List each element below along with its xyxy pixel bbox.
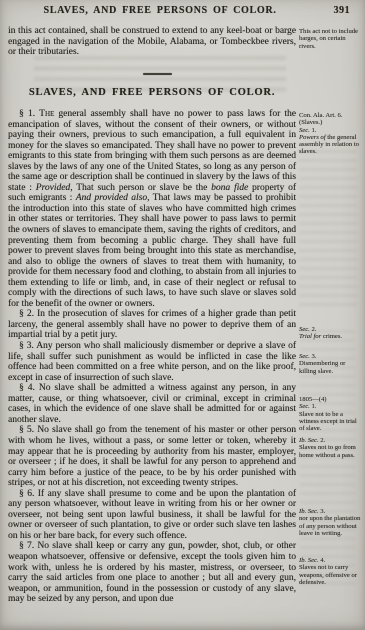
section-divider-rule [143,73,172,75]
book-page: SLAVES, AND FREE PERSONS OF COLOR. 391 i… [0,0,365,630]
intro-paragraph: in this act contained, shall be construe… [8,26,296,58]
margin-note-4: Sec. 3.Dismembering or killing slave. [299,353,361,375]
statute-paragraph-1: § 1. The general assembly shall have no … [8,109,296,309]
margin-note-2: Con. Ala. Art. 6. (Slaves.)Sec. 1.Powers… [299,112,361,156]
statute-body: § 1. The general assembly shall have no … [8,109,296,605]
section-heading: SLAVES, AND FREE PERSONS OF COLOR. [8,87,296,98]
running-header-title: SLAVES, AND FREE PERSONS OF COLOR. [10,5,310,16]
page-number: 391 [334,5,351,16]
statute-paragraph-6: § 6. If any slave shall presume to come … [8,489,296,542]
statute-paragraph-5: § 5. No slave shall go from the tenement… [8,425,296,488]
statute-paragraph-4: § 4. No slave shall be admitted a witnes… [8,383,296,425]
margin-note-3: Sec. 2.Trial for crimes. [299,326,361,341]
statute-paragraph-7: § 7. No slave shall keep or carry any gu… [8,541,296,604]
statute-paragraph-2: § 2. In the prosecution of slaves for cr… [8,309,296,341]
margin-note-1: This act not to include barges, on certa… [299,28,361,50]
margin-note-5: 1805—(4)Sec. 1.Slave not to be a witness… [299,396,361,432]
margin-note-8: Ib. Sec. 4.Slaves not to carry weapons, … [299,557,361,586]
margin-note-7: Ib. Sec. 3.nor upon the plantation of an… [299,508,361,537]
bleed-through-smudge [299,150,357,310]
margin-note-6: Ib. Sec. 2.Slaves not to go from home wi… [299,437,361,459]
statute-paragraph-3: § 3. Any person who shall maliciously di… [8,341,296,383]
